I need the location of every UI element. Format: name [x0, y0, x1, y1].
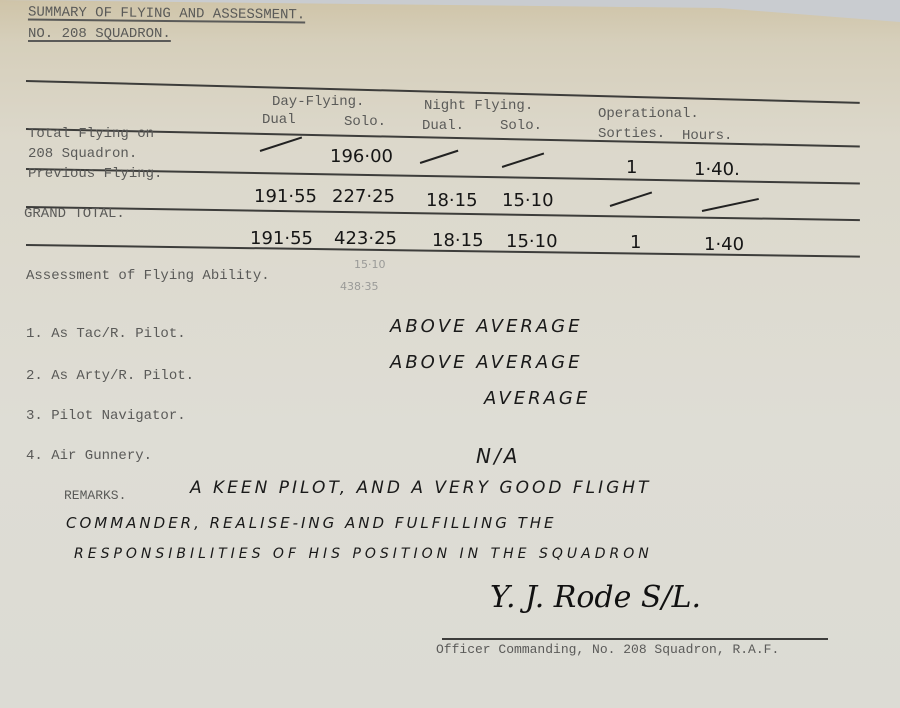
assessment-label-navigator: 3. Pilot Navigator. [26, 408, 186, 424]
row1-hours: 1·40. [694, 159, 740, 180]
row-label-grand-total: GRAND TOTAL. [24, 206, 125, 222]
row2-day-solo: 227·25 [332, 186, 395, 207]
assessment-value-arty-r: ABOVE AVERAGE [390, 352, 582, 373]
group-night-flying: Night Flying. [424, 98, 533, 114]
row1-sorties: 1 [626, 157, 637, 178]
assessment-label-gunnery: 4. Air Gunnery. [26, 448, 152, 464]
signature-caption: Officer Commanding, No. 208 Squadron, R.… [436, 642, 779, 657]
assessment-value-navigator: AVERAGE [484, 388, 590, 409]
document-title: SUMMARY OF FLYING AND ASSESSMENT. [28, 5, 305, 24]
row3-day-dual: 191·55 [250, 228, 313, 249]
group-day-flying: Day-Flying. [272, 94, 364, 110]
row2-day-dual: 191·55 [254, 186, 317, 207]
col-hours: Hours. [682, 128, 732, 144]
row3-hours: 1·40 [704, 234, 744, 255]
signature-rule [442, 638, 828, 640]
row-label-previous: Previous Flying. [28, 166, 162, 182]
remarks-line-3: RESPONSIBILITIES OF HIS POSITION IN THE … [74, 546, 653, 562]
assessment-label-arty-r: 2. As Arty/R. Pilot. [26, 368, 194, 384]
pencil-note-bottom: 438·35 [340, 280, 379, 293]
row1-night-solo-dash [502, 152, 544, 167]
row3-night-dual: 18·15 [432, 230, 484, 251]
row2-hours-dash [702, 198, 759, 212]
remarks-label: REMARKS. [64, 488, 126, 503]
row3-night-solo: 15·10 [506, 231, 558, 252]
col-night-dual: Dual. [422, 118, 464, 134]
signature: Y. J. Rode S/L. [490, 580, 701, 615]
document-paper: SUMMARY OF FLYING AND ASSESSMENT. NO. 20… [0, 0, 900, 708]
row3-sorties: 1 [630, 232, 641, 253]
row1-day-dual-dash [260, 136, 302, 151]
row2-night-dual: 18·15 [426, 190, 478, 211]
document-subtitle: NO. 208 SQUADRON. [28, 26, 171, 42]
remarks-line-2: COMMANDER, REALISE-ING AND FULFILLING TH… [66, 514, 557, 532]
row1-night-dual-dash [420, 150, 459, 164]
assessment-value-tac-r: ABOVE AVERAGE [390, 316, 582, 337]
assessment-value-gunnery: N/A [476, 444, 520, 468]
row3-day-solo: 423·25 [334, 228, 397, 249]
pencil-note-top: 15·10 [354, 258, 386, 271]
col-night-solo: Solo. [500, 118, 542, 134]
row2-night-solo: 15·10 [502, 190, 554, 211]
col-day-solo: Solo. [344, 114, 386, 130]
remarks-line-1: A KEEN PILOT, AND A VERY GOOD FLIGHT [190, 478, 651, 498]
row-label-total-line2: 208 Squadron. [28, 146, 137, 162]
col-sorties: Sorties. [598, 126, 665, 142]
row-label-total-line1: Total Flying on [28, 126, 154, 142]
assessment-label-tac-r: 1. As Tac/R. Pilot. [26, 326, 186, 342]
group-operational: Operational. [598, 106, 699, 122]
col-day-dual: Dual [262, 112, 296, 128]
assessment-heading: Assessment of Flying Ability. [26, 268, 270, 284]
row1-day-solo: 196·00 [330, 146, 393, 167]
row2-sorties-dash [610, 191, 652, 206]
